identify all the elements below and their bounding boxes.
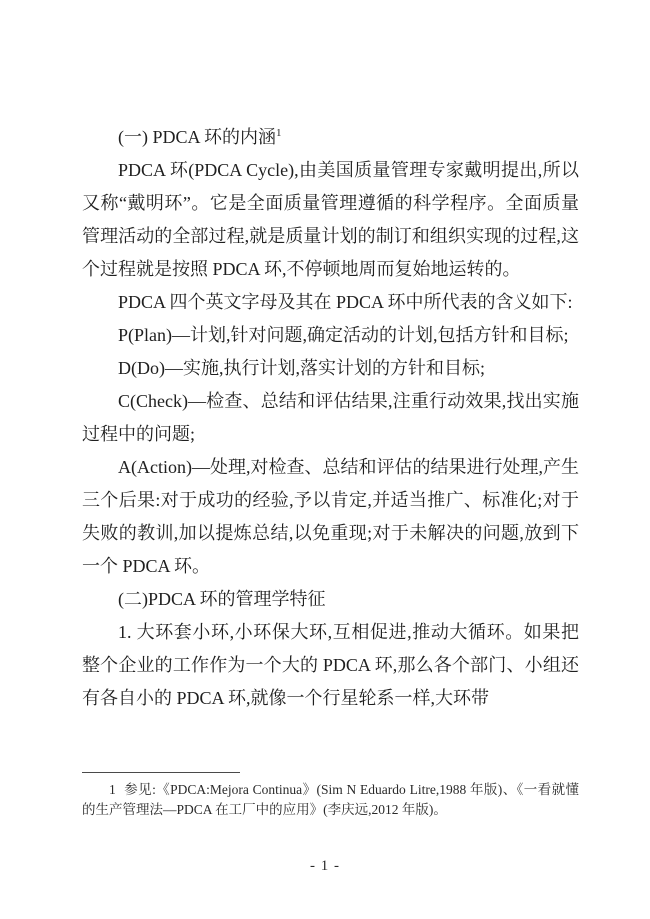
section-heading-2: (二)PDCA 环的管理学特征	[82, 583, 579, 616]
paragraph-big-small-loops: 1. 大环套小环,小环保大环,互相促进,推动大循环。如果把整个企业的工作作为一个…	[82, 616, 579, 715]
footnote-reference: 1	[276, 127, 282, 139]
footnote-separator	[82, 772, 240, 773]
footnote-area: 1参见:《PDCA:Mejora Continua》(Sim N Eduardo…	[82, 772, 579, 820]
paragraph-letters-meaning: PDCA 四个英文字母及其在 PDCA 环中所代表的含义如下:	[82, 286, 579, 319]
paragraph-action: A(Action)—处理,对检查、总结和评估的结果进行处理,产生三个后果:对于成…	[82, 451, 579, 583]
footnote-text: 1参见:《PDCA:Mejora Continua》(Sim N Eduardo…	[82, 780, 579, 820]
document-page: (一) PDCA 环的内涵1 PDCA 环(PDCA Cycle),由美国质量管…	[0, 0, 650, 919]
paragraph-do: D(Do)—实施,执行计划,落实计划的方针和目标;	[82, 352, 579, 385]
paragraph-pdca-intro: PDCA 环(PDCA Cycle),由美国质量管理专家戴明提出,所以又称“戴明…	[82, 154, 579, 286]
paragraph-check: C(Check)—检查、总结和评估结果,注重行动效果,找出实施过程中的问题;	[82, 385, 579, 451]
section-heading-1: (一) PDCA 环的内涵1	[82, 121, 579, 154]
footnote-marker: 1	[109, 782, 116, 797]
section-heading-1-text: (一) PDCA 环的内涵	[118, 127, 276, 147]
footnote-body: 参见:《PDCA:Mejora Continua》(Sim N Eduardo …	[82, 782, 579, 817]
page-number: - 1 -	[0, 856, 650, 876]
paragraph-plan: P(Plan)—计划,针对问题,确定活动的计划,包括方针和目标;	[82, 319, 579, 352]
document-body: (一) PDCA 环的内涵1 PDCA 环(PDCA Cycle),由美国质量管…	[82, 121, 579, 715]
